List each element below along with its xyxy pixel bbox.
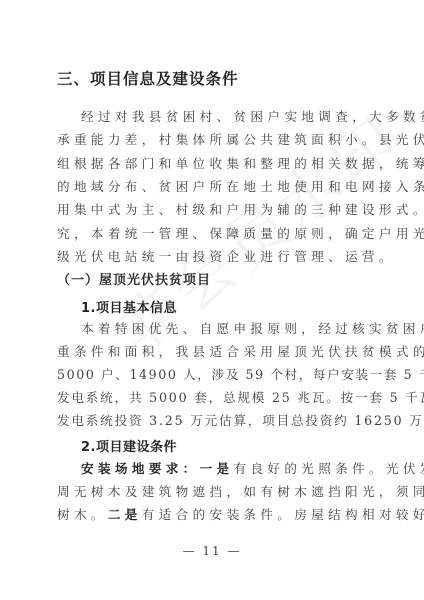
item1-line: 发电系统投资 3.25 万元估算，项目总投资约 16250 万元。 bbox=[57, 411, 369, 431]
page-number: — 11 — bbox=[0, 544, 424, 558]
intro-line: 组根据各部门和单位收集和整理的相关数据，统筹考虑贫困户 bbox=[57, 154, 369, 174]
item2-line: 周无树木及建筑物遮挡，如有树木遮挡阳光，须同意砍伐遮光 bbox=[57, 482, 369, 502]
item1-line: 5000 户、14900 人，涉及 59 个村，每户安装一套 5 千瓦分布式 bbox=[57, 365, 369, 385]
intro-line: 用集中式为主、村级和户用为辅的三种建设形式。经县政府研 bbox=[57, 200, 369, 220]
item2-line: 安装场地要求：一是有良好的光照条件。光伏发电系统四 bbox=[81, 459, 369, 479]
item1-heading: 1.项目基本信息 bbox=[81, 297, 177, 316]
second-point-label: 二是 bbox=[108, 507, 142, 522]
item2-heading: 2.项目建设条件 bbox=[81, 436, 177, 455]
intro-line: 级光伏电站统一由投资企业进行管理、运营。 bbox=[57, 247, 369, 267]
item1-line: 重条件和面积，我县适合采用屋顶光伏扶贫模式的贫困户为 bbox=[57, 342, 369, 362]
install-requirements-label: 安装场地要求： bbox=[81, 461, 200, 476]
intro-line: 承重能力差，村集体所属公共建筑面积小。县光伏扶贫领导小 bbox=[57, 130, 369, 150]
intro-line: 的地域分布、贫困户所在地土地使用和电网接入条件，确定采 bbox=[57, 177, 369, 197]
document-page: 非会员水印 三、项目信息及建设条件 经过对我县贫困村、贫困户实地调查，大多数贫困… bbox=[0, 0, 424, 600]
intro-line: 究，本着统一管理、保障质量的原则，确定户用光伏系统、村 bbox=[57, 224, 369, 244]
item1-line: 发电系统，共 5000 套，总规模 25 兆瓦。按一套 5 千瓦分布式 bbox=[57, 388, 369, 408]
section-heading: 三、项目信息及建设条件 bbox=[57, 67, 239, 89]
second-point-text: 有适合的安装条件。房屋结构相对较好，屋顶每平 bbox=[142, 507, 424, 522]
first-point-label: 一是 bbox=[200, 461, 234, 476]
intro-line: 经过对我县贫困村、贫困户实地调查，大多数贫困户房屋 bbox=[81, 107, 369, 127]
subsection-heading: （一）屋顶光伏扶贫项目 bbox=[57, 269, 211, 288]
first-point-text: 有良好的光照条件。光伏发电系统四 bbox=[234, 461, 424, 476]
item2-line: 树木。二是有适合的安装条件。房屋结构相对较好，屋顶每平 bbox=[57, 505, 369, 525]
item1-line: 本着特困优先、自愿申报原则，经过核实贫困户的房屋承 bbox=[81, 319, 369, 339]
line-prefix: 树木。 bbox=[57, 507, 108, 522]
